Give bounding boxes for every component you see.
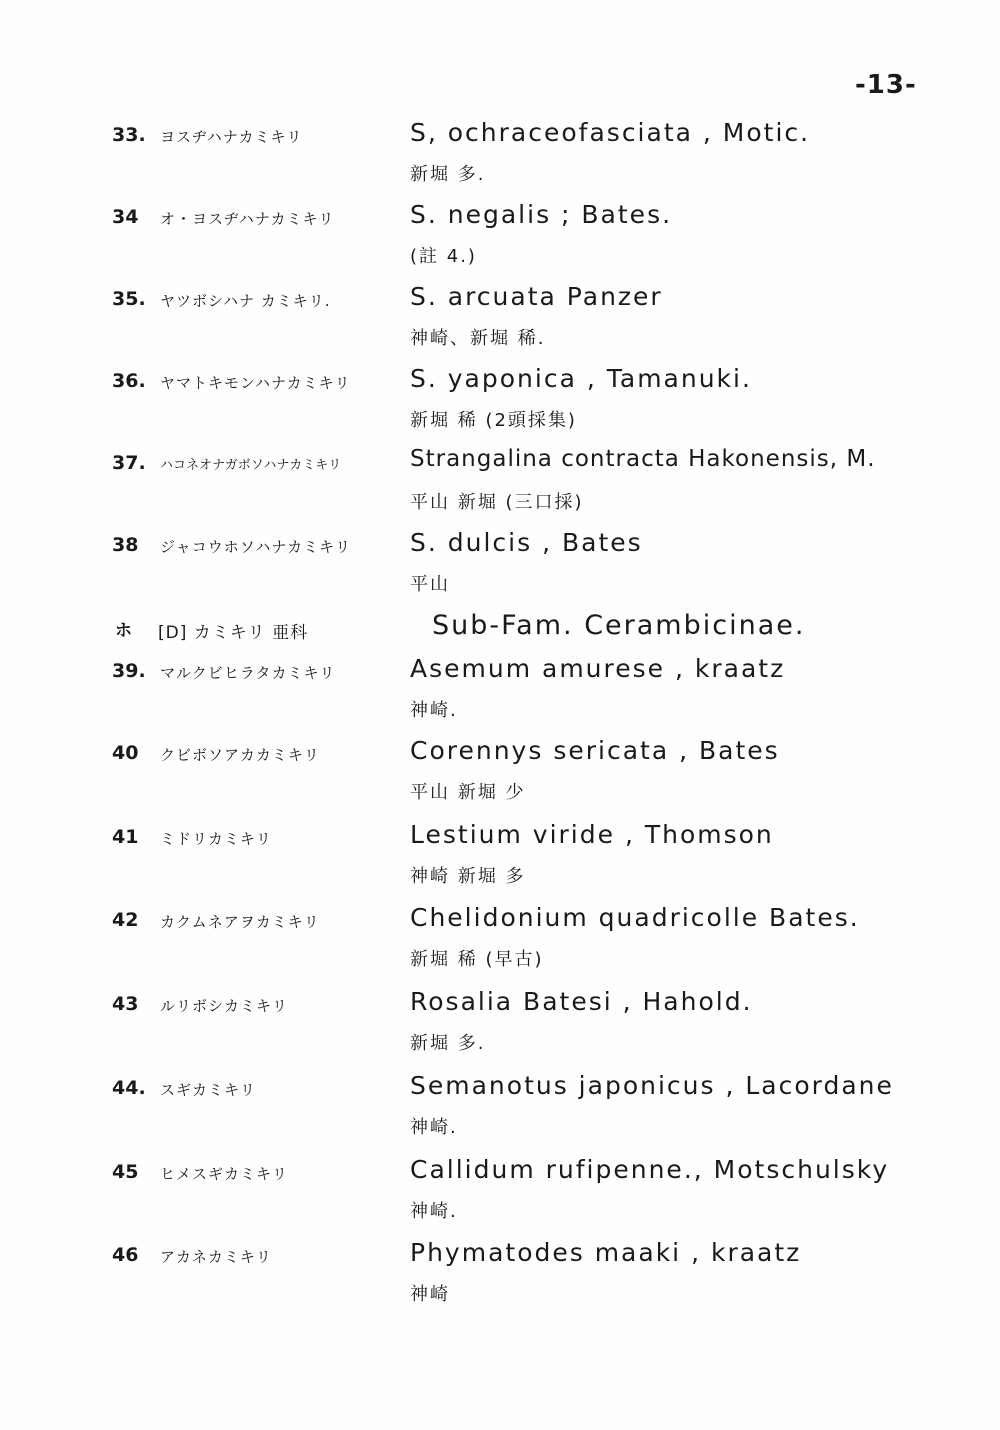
subfamily-scientific-name: Sub-Fam. Cerambicinae. <box>432 610 805 641</box>
entry-number: 45 <box>112 1161 138 1183</box>
scientific-name: S. yaponica , Tamanuki. <box>410 364 752 393</box>
locality-note: 平山 新堀 (三口採) <box>410 488 584 514</box>
scientific-name: Corennys sericata , Bates <box>410 736 780 765</box>
entry-number: 41 <box>112 826 138 848</box>
japanese-name: オ・ヨスヂハナカミキリ <box>160 208 335 229</box>
locality-note: 平山 <box>410 570 450 596</box>
scientific-name: Callidum rufipenne., Motschulsky <box>410 1155 889 1184</box>
japanese-name: ヨスヂハナカミキリ <box>160 126 303 147</box>
scientific-name: S. arcuata Panzer <box>410 282 663 311</box>
scientific-name: Phymatodes maaki , kraatz <box>410 1238 801 1267</box>
japanese-name: ハコネオナガボソハナカミキリ <box>160 454 341 473</box>
entry-number: 44. <box>112 1077 146 1099</box>
entry-number: 40 <box>112 742 138 764</box>
locality-note: 新堀 稀 (早古) <box>410 945 544 971</box>
entry-number: 33. <box>112 124 146 146</box>
entry-number: 42 <box>112 909 138 931</box>
locality-note: 平山 新堀 少 <box>410 778 525 804</box>
scientific-name: Chelidonium quadricolle Bates. <box>410 903 860 932</box>
japanese-name: クビボソアカカミキリ <box>160 744 320 765</box>
scientific-name: Lestium viride , Thomson <box>410 820 774 849</box>
scientific-name: Strangalina contracta Hakonensis, M. <box>410 446 876 472</box>
entry-number: 34 <box>112 206 138 228</box>
japanese-subfamily-name: [D] カミキリ 亜科 <box>158 618 308 643</box>
locality-note: 新堀 多. <box>410 160 485 186</box>
locality-note: 新堀 多. <box>410 1029 485 1055</box>
japanese-name: カクムネアヲカミキリ <box>160 911 320 932</box>
scientific-name: Semanotus japonicus , Lacordane <box>410 1071 894 1100</box>
entry-number: 43 <box>112 993 138 1015</box>
locality-note: 新堀 稀 (2頭採集) <box>410 406 577 432</box>
entry-number: 46 <box>112 1244 138 1266</box>
scientific-name: S. dulcis , Bates <box>410 528 643 557</box>
scientific-name: S, ochraceofasciata , Motic. <box>410 118 810 147</box>
locality-note: 神崎. <box>410 1197 458 1223</box>
page-number: -13- <box>855 70 917 100</box>
section-marker: ホ <box>115 616 132 641</box>
japanese-name: スギカミキリ <box>160 1079 256 1100</box>
japanese-name: ヤマトキモンハナカミキリ <box>160 372 351 393</box>
scientific-name: Rosalia Batesi , Hahold. <box>410 987 753 1016</box>
locality-note: 神崎 <box>410 1280 450 1306</box>
entry-number: 35. <box>112 288 146 310</box>
japanese-name: ジャコウホソハナカミキリ <box>160 536 351 557</box>
locality-note: 神崎 新堀 多 <box>410 862 525 888</box>
japanese-name: ヤツボシハナ カミキリ. <box>160 290 331 311</box>
entry-number: 39. <box>112 660 146 682</box>
japanese-name: アカネカミキリ <box>160 1246 272 1267</box>
scientific-name: Asemum amurese , kraatz <box>410 654 785 683</box>
locality-note: 神崎、新堀 稀. <box>410 324 545 350</box>
entry-number: 36. <box>112 370 146 392</box>
entry-number: 37. <box>112 452 146 474</box>
entry-number: 38 <box>112 534 138 556</box>
japanese-name: ミドリカミキリ <box>160 828 272 849</box>
japanese-name: ヒメスギカミキリ <box>160 1163 288 1184</box>
locality-note: (註 4.) <box>410 242 477 268</box>
locality-note: 神崎. <box>410 1113 458 1139</box>
locality-note: 神崎. <box>410 696 458 722</box>
japanese-name: マルクビヒラタカミキリ <box>160 662 336 683</box>
japanese-name: ルリボシカミキリ <box>160 995 288 1016</box>
document-page: -13- 33. ヨスヂハナカミキリ S, ochraceofasciata ,… <box>0 0 1000 1430</box>
scientific-name: S. negalis ; Bates. <box>410 200 672 229</box>
